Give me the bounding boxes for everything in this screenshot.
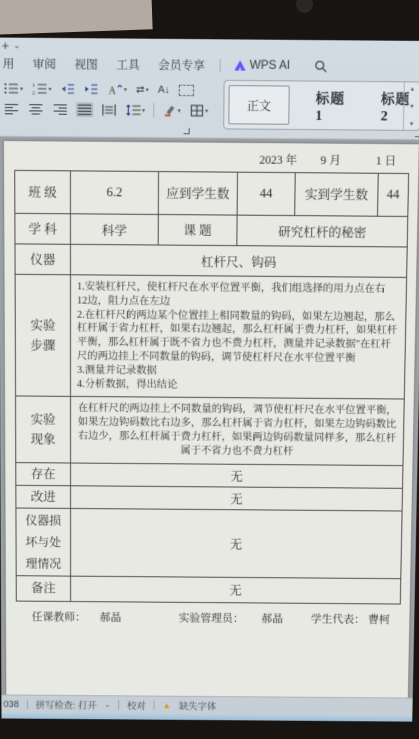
table-row-steps: 实验 步骤 1.安装杠杆尺，使杠杆尺在水平位置平衡，我们组选择的用力点在右 12… [15, 274, 407, 399]
menu-divider [219, 59, 220, 71]
paragraph-tool-group: ▾ 12 ▾ A ▾ [3, 78, 210, 118]
wps-ai-button[interactable]: WPS AI [234, 59, 290, 72]
representative-name[interactable]: 曹柯 [368, 611, 390, 627]
wps-ai-logo-icon [234, 60, 245, 70]
dropdown-caret-icon: ▾ [20, 85, 23, 92]
remark-value[interactable]: 无 [71, 576, 401, 604]
wall-patch [0, 0, 153, 35]
text-direction-icon: ⇄ [136, 84, 145, 95]
table-row-remark: 备注 无 [16, 575, 401, 603]
wps-ai-label: WPS AI [250, 59, 291, 72]
character-scale-button[interactable]: A ▾ [107, 82, 128, 97]
status-divider [154, 700, 155, 710]
signature-line: 任课教师： 郝晶 实验管理员： 郝晶 学生代表： 曹柯 [32, 608, 410, 626]
exist-value[interactable]: 无 [71, 463, 403, 488]
gallery-scroll-down-icon[interactable]: ▾ [410, 102, 413, 110]
table-row-class: 班 级 6.2 应到学生数 44 实到学生数 44 [15, 170, 409, 216]
style-body-text[interactable]: 正文 [228, 85, 289, 125]
damage-label[interactable]: 仪器损 坏与处 理情况 [16, 508, 71, 576]
dropdown-caret-icon: ▾ [49, 85, 52, 92]
align-right-button[interactable] [52, 102, 69, 117]
line-spacing-button[interactable]: ▾ [125, 103, 146, 118]
exist-label[interactable]: 存在 [16, 462, 71, 485]
instrument-label[interactable]: 仪器 [15, 244, 70, 275]
damage-value[interactable]: 无 [71, 508, 403, 578]
photo-background: + ⌄ 用 审阅 视图 工具 会员专享 WPS AI ▾ [0, 0, 419, 739]
ribbon-toolbar: ▾ 12 ▾ A ▾ [0, 74, 419, 140]
document-page[interactable]: 2023 年 9 月 1 日 班 级 6.2 应到学生数 44 实到学生数 44 [4, 141, 419, 698]
new-tab-icon[interactable]: + [1, 40, 9, 52]
improve-value[interactable]: 无 [71, 485, 403, 510]
actual-students-value[interactable]: 44 [378, 173, 409, 216]
date-line[interactable]: 2023 年 9 月 1 日 [4, 149, 419, 169]
tab-list-caret-icon[interactable]: ⌄ [13, 41, 20, 50]
status-left-partial: 038 [3, 699, 19, 710]
steps-label[interactable]: 实验 步骤 [15, 274, 70, 396]
actual-students-label[interactable]: 实到学生数 [295, 173, 379, 217]
warning-icon: ▲ [162, 700, 171, 710]
dropdown-caret-icon: ▾ [178, 107, 181, 114]
menu-item-member[interactable]: 会员专享 [158, 56, 205, 73]
status-divider [27, 699, 28, 709]
instrument-value[interactable]: 杠杆尺、钩码 [70, 244, 407, 277]
dropdown-caret-icon: ▾ [205, 107, 208, 114]
highlight-color-button[interactable]: ▾ [161, 103, 181, 118]
class-label[interactable]: 班 级 [15, 170, 71, 213]
remark-label[interactable]: 备注 [16, 575, 70, 601]
table-row-exist: 存在 无 [16, 462, 403, 488]
document-canvas: 2023 年 9 月 1 日 班 级 6.2 应到学生数 44 实到学生数 44 [0, 137, 419, 698]
menu-item-review[interactable]: 审阅 [33, 55, 56, 72]
wps-window: + ⌄ 用 审阅 视图 工具 会员专享 WPS AI ▾ [0, 38, 419, 722]
experiment-record-table: 班 级 6.2 应到学生数 44 实到学生数 44 学 科 科学 课 题 研究杠… [14, 170, 409, 604]
class-value[interactable]: 6.2 [70, 171, 158, 215]
phenomenon-value[interactable]: 在杠杆尺的两边挂上不同数量的钩码，调节使杠杆尺在水平位置平衡， 如果左边钩码数比… [70, 397, 404, 465]
subject-value[interactable]: 科学 [70, 214, 158, 245]
style-gallery: 正文 标题 1 标题 2 ▴ ▾ ▾ [223, 80, 419, 131]
show-marks-button[interactable] [178, 83, 195, 97]
gallery-more-icon[interactable]: ▾ [410, 120, 413, 128]
proofread-button[interactable]: 校对 [127, 698, 146, 712]
table-row-damage: 仪器损 坏与处 理情况 无 [16, 508, 402, 579]
style-heading1[interactable]: 标题 1 [315, 87, 354, 124]
gallery-scroll-up-icon[interactable]: ▴ [411, 84, 414, 92]
dropdown-caret-icon: ▾ [142, 107, 145, 114]
distribute-button[interactable] [100, 103, 117, 118]
numbered-list-button[interactable]: 12 ▾ [31, 81, 52, 96]
table-row-improve: 改进 无 [16, 485, 403, 511]
align-center-button[interactable] [27, 102, 44, 117]
topic-label[interactable]: 课 题 [158, 214, 237, 245]
teacher-label[interactable]: 任课教师： [32, 608, 86, 624]
topic-value[interactable]: 研究杠杆的秘密 [237, 215, 408, 247]
toolbar-divider [153, 103, 154, 117]
teacher-name[interactable]: 郝晶 [100, 609, 122, 625]
menu-item-view[interactable]: 视图 [74, 56, 97, 73]
increase-indent-button[interactable] [83, 82, 99, 97]
bullet-list-button[interactable]: ▾ [3, 81, 24, 96]
improve-label[interactable]: 改进 [16, 485, 71, 508]
table-row-phenomenon: 实验 现象 在杠杆尺的两边挂上不同数量的钩码，调节使杠杆尺在水平位置平衡， 如果… [16, 396, 405, 465]
manager-name[interactable]: 郝晶 [261, 610, 283, 626]
svg-text:2: 2 [32, 90, 35, 95]
expected-students-value[interactable]: 44 [237, 172, 295, 215]
webcam-dot [296, 0, 313, 13]
dialog-launcher-icon[interactable] [184, 128, 190, 134]
spell-check-toggle[interactable]: 拼写检查: 打开 [36, 698, 97, 712]
justify-button[interactable] [76, 102, 93, 117]
spell-check-caret-icon[interactable]: ⌄ [105, 701, 111, 709]
align-left-button[interactable] [3, 102, 20, 117]
style-gallery-scroll: ▴ ▾ ▾ [403, 82, 419, 130]
status-divider [118, 700, 119, 710]
menu-item-tools[interactable]: 工具 [116, 56, 139, 73]
styles-dialog-launcher-icon[interactable] [415, 131, 419, 137]
expected-students-label[interactable]: 应到学生数 [158, 172, 237, 216]
steps-value[interactable]: 1.安装杠杆尺，使杠杆尺在水平位置平衡，我们组选择的用力点在右 12边，阻力点在… [70, 275, 406, 400]
sort-button[interactable]: A↓ [157, 83, 171, 97]
representative-label[interactable]: 学生代表： [311, 610, 365, 626]
menu-item-reference[interactable]: 用 [3, 55, 15, 72]
dropdown-caret-icon: ▾ [146, 86, 149, 93]
text-direction-button[interactable]: ⇄ ▾ [135, 83, 150, 97]
phenomenon-label[interactable]: 实验 现象 [16, 396, 71, 462]
borders-button[interactable]: ▾ [189, 103, 209, 118]
table-row-subject: 学 科 科学 课 题 研究杠杆的秘密 [15, 213, 408, 247]
subject-label[interactable]: 学 科 [15, 213, 71, 244]
sort-az-icon: A↓ [158, 84, 170, 95]
decrease-indent-button[interactable] [60, 82, 76, 97]
search-icon[interactable] [314, 59, 327, 73]
svg-text:1: 1 [32, 82, 35, 88]
missing-font-warning[interactable]: 缺失字体 [179, 699, 216, 713]
dropdown-caret-icon: ▾ [124, 86, 127, 93]
formatting-marks-icon [179, 84, 194, 96]
svg-text:A: A [109, 86, 117, 96]
manager-label[interactable]: 实验管理员： [179, 609, 244, 625]
table-row-instrument: 仪器 杠杆尺、钩码 [15, 244, 407, 278]
